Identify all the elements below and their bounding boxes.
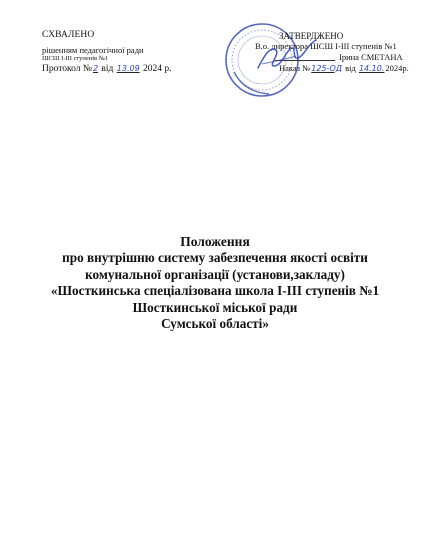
title-line-5: Сумської області»	[0, 316, 430, 333]
order-date: 14.10.	[358, 64, 385, 73]
title-line-1: про внутрішню систему забезпечення якост…	[0, 250, 430, 267]
confirmed-name: Ірина СМЕТАНА	[339, 52, 403, 63]
order-date-prefix: від	[345, 63, 356, 73]
approved-protocol-line: Протокол №2 від 13.09 2024 р.	[42, 63, 212, 75]
protocol-prefix: Протокол №	[42, 64, 92, 74]
order-number: 125-ОД	[310, 64, 343, 73]
protocol-year: 2024 р.	[143, 64, 172, 74]
confirmed-position: В.о. директора ШСШ І-ІІІ ступенів №1	[255, 41, 430, 52]
title-line-2: комунальної організації (установи,заклад…	[0, 267, 430, 284]
confirmed-signature-line: Ірина СМЕТАНА	[255, 52, 430, 63]
document-page: СХВАЛЕНО рішенням педагогічної ради ШСШ …	[0, 0, 430, 536]
confirmed-block: ЗАТВЕРДЖЕНО В.о. директора ШСШ І-ІІІ сту…	[255, 31, 430, 74]
confirmed-order-line: Наказ №125-ОД від 14.10.2024р.	[255, 63, 430, 75]
protocol-number: 2	[92, 64, 99, 73]
order-prefix: Наказ №	[279, 63, 310, 73]
document-title: Положення	[0, 234, 430, 250]
order-year: 2024р.	[385, 63, 408, 73]
approved-heading: СХВАЛЕНО	[42, 30, 212, 41]
signature-rule	[275, 52, 335, 61]
confirmed-heading: ЗАТВЕРДЖЕНО	[279, 31, 430, 41]
document-title-block: Положення про внутрішню систему забезпеч…	[0, 234, 430, 333]
approved-block: СХВАЛЕНО рішенням педагогічної ради ШСШ …	[42, 30, 212, 75]
title-line-4: Шосткинської міської ради	[0, 300, 430, 317]
protocol-date-prefix: від	[101, 64, 113, 74]
approved-line-school: ШСШ І-ІІІ ступенів №1	[42, 55, 212, 63]
approved-line-council: рішенням педагогічної ради	[42, 46, 212, 55]
protocol-date: 13.09	[116, 64, 141, 73]
title-line-3: «Шосткинська спеціалізована школа І-ІІІ …	[0, 283, 430, 300]
